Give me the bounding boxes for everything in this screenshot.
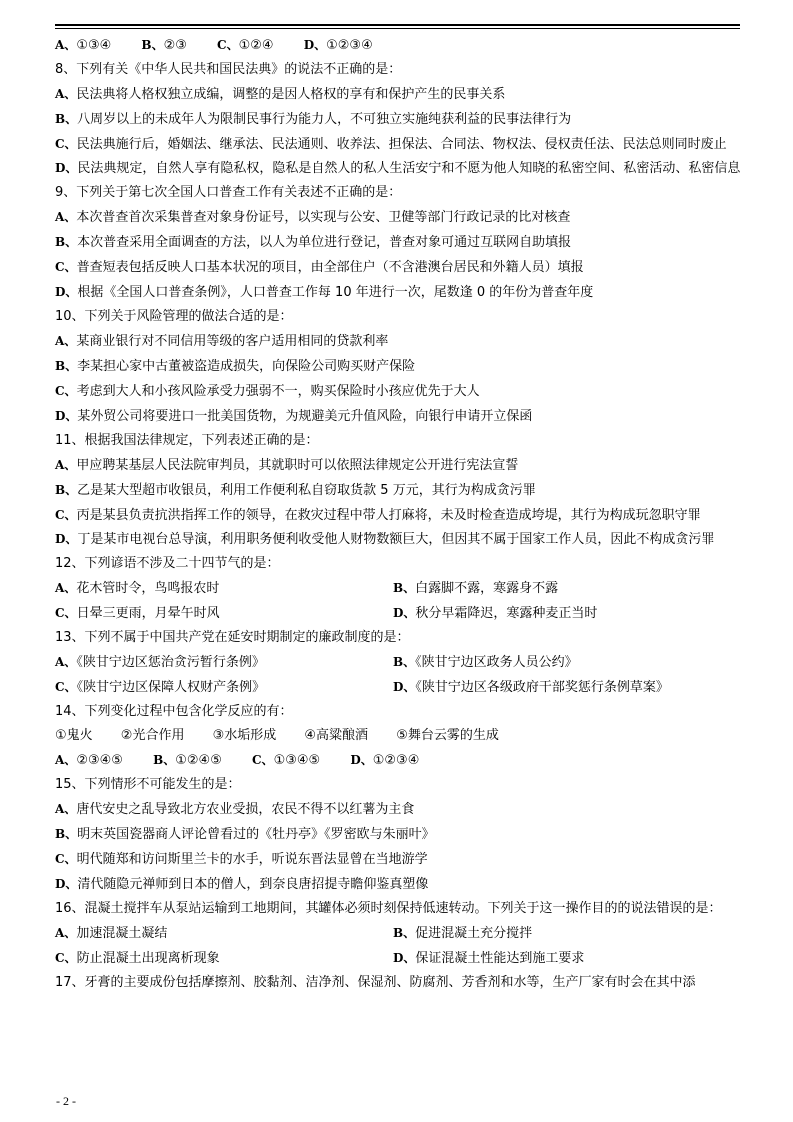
q14-option-c: C、①③④⑤ (252, 748, 320, 773)
q16-option-a: A、加速混凝土凝结 (55, 921, 393, 946)
q9-stem: 9、下列关于第七次全国人口普查工作有关表述不正确的是： (55, 181, 745, 205)
q12-option-b: B、白露脚不露，寒露身不露 (393, 576, 731, 601)
q14-item-3: ③水垢形成 (213, 724, 277, 748)
q9-option-a: A、本次普查首次采集普查对象身份证号，以实现与公安、卫健等部门行政记录的比对核查 (55, 205, 745, 230)
q14-item-2: ②光合作用 (121, 724, 185, 748)
q14-item-1: ①鬼火 (55, 724, 93, 748)
page-number: - 2 - (56, 1094, 76, 1109)
q8-option-c: C、民法典施行后，婚姻法、继承法、民法通则、收养法、担保法、合同法、物权法、侵权… (55, 133, 745, 156)
document-page: A、①③④ B、②③ C、①②④ D、①②③④ 8、下列有关《中华人民共和国民法… (0, 0, 793, 1122)
q16-option-b: B、促进混凝土充分搅拌 (393, 921, 731, 946)
q10-option-c: C、考虑到大人和小孩风险承受力强弱不一，购买保险时小孩应优先于大人 (55, 379, 745, 404)
q16-stem: 16、混凝土搅拌车从泵站运输到工地期间，其罐体必须时刻保持低速转动。下列关于这一… (55, 898, 745, 920)
q7-option-b: B、②③ (141, 33, 186, 58)
page-content: A、①③④ B、②③ C、①②④ D、①②③④ 8、下列有关《中华人民共和国民法… (55, 33, 745, 995)
q14-option-d: D、①②③④ (350, 748, 419, 773)
q8-option-d: D、民法典规定，自然人享有隐私权，隐私是自然人的私人生活安宁和不愿为他人知晓的私… (55, 157, 745, 180)
q13-option-b: B、《陕甘宁边区政务人员公约》 (393, 650, 731, 675)
q13-stem: 13、下列不属于中国共产党在延安时期制定的廉政制度的是： (55, 626, 745, 650)
q13-option-c: C、《陕甘宁边区保障人权财产条例》 (55, 675, 393, 700)
q7-option-d: D、①②③④ (304, 33, 373, 58)
q12-options-row-2: C、日晕三更雨，月晕午时风 D、秋分早霜降迟，寒露种麦正当时 (55, 601, 745, 626)
q14-options: A、②③④⑤ B、①②④⑤ C、①③④⑤ D、①②③④ (55, 748, 745, 773)
q13-option-a: A、《陕甘宁边区惩治贪污暂行条例》 (55, 650, 393, 675)
q14-stem: 14、下列变化过程中包含化学反应的有： (55, 700, 745, 724)
q11-option-c: C、丙是某县负责抗洪指挥工作的领导，在救灾过程中带人打麻将，未及时检查造成垮堤，… (55, 504, 745, 527)
q11-option-a: A、甲应聘某基层人民法院审判员，其就职时可以依照法律规定公开进行宪法宣誓 (55, 453, 745, 478)
q10-option-a: A、某商业银行对不同信用等级的客户适用相同的贷款利率 (55, 329, 745, 354)
q7-option-c: C、①②④ (217, 33, 274, 58)
q11-option-b: B、乙是某大型超市收银员，利用工作便利私自窃取货款 5 万元，其行为构成贪污罪 (55, 478, 745, 503)
header-double-rule (55, 24, 740, 29)
q14-option-a: A、②③④⑤ (55, 748, 123, 773)
q12-option-c: C、日晕三更雨，月晕午时风 (55, 601, 393, 626)
q17-stem: 17、牙膏的主要成份包括摩擦剂、胶黏剂、洁净剂、保湿剂、防腐剂、芳香剂和水等，生… (55, 971, 745, 995)
q16-option-d: D、保证混凝土性能达到施工要求 (393, 946, 731, 971)
q9-option-d: D、根据《全国人口普查条例》，人口普查工作每 10 年进行一次，尾数逢 0 的年… (55, 280, 745, 305)
q16-option-c: C、防止混凝土出现离析现象 (55, 946, 393, 971)
q8-option-a: A、民法典将人格权独立成编，调整的是因人格权的享有和保护产生的民事关系 (55, 82, 745, 107)
q11-option-d: D、丁是某市电视台总导演，利用职务便利收受他人财物数额巨大，但因其不属于国家工作… (55, 528, 745, 551)
q9-option-c: C、普查短表包括反映人口基本状况的项目，由全部住户（不含港澳台居民和外籍人员）填… (55, 255, 745, 280)
q7-options: A、①③④ B、②③ C、①②④ D、①②③④ (55, 33, 745, 58)
q8-option-b: B、八周岁以上的未成年人为限制民事行为能力人，不可独立实施纯获利益的民事法律行为 (55, 107, 745, 132)
q14-option-b: B、①②④⑤ (153, 748, 222, 773)
q10-option-d: D、某外贸公司将要进口一批美国货物，为规避美元升值风险，向银行申请开立保函 (55, 404, 745, 429)
q14-items: ①鬼火 ②光合作用 ③水垢形成 ④高粱酿酒 ⑤舞台云雾的生成 (55, 724, 745, 748)
q8-stem: 8、下列有关《中华人民共和国民法典》的说法不正确的是： (55, 58, 745, 82)
q7-option-a: A、①③④ (55, 33, 111, 58)
q15-option-b: B、明末英国瓷器商人评论曾看过的《牡丹亭》《罗密欧与朱丽叶》 (55, 822, 745, 847)
q13-options-row-2: C、《陕甘宁边区保障人权财产条例》 D、《陕甘宁边区各级政府干部奖惩行条例草案》 (55, 675, 745, 700)
q15-option-c: C、明代随郑和访问斯里兰卡的水手，听说东晋法显曾在当地游学 (55, 847, 745, 872)
q13-option-d: D、《陕甘宁边区各级政府干部奖惩行条例草案》 (393, 675, 731, 700)
q16-options-row-1: A、加速混凝土凝结 B、促进混凝土充分搅拌 (55, 921, 745, 946)
q12-stem: 12、下列谚语不涉及二十四节气的是： (55, 552, 745, 576)
q15-option-d: D、清代随隐元禅师到日本的僧人，到奈良唐招提寺瞻仰鉴真塑像 (55, 872, 745, 897)
q14-item-4: ④高粱酿酒 (304, 724, 368, 748)
q16-options-row-2: C、防止混凝土出现离析现象 D、保证混凝土性能达到施工要求 (55, 946, 745, 971)
q10-option-b: B、李某担心家中古董被盗造成损失，向保险公司购买财产保险 (55, 354, 745, 379)
q11-stem: 11、根据我国法律规定，下列表述正确的是： (55, 429, 745, 453)
q12-option-a: A、花木管时令，鸟鸣报农时 (55, 576, 393, 601)
q15-stem: 15、下列情形不可能发生的是： (55, 773, 745, 797)
q12-options-row-1: A、花木管时令，鸟鸣报农时 B、白露脚不露，寒露身不露 (55, 576, 745, 601)
q12-option-d: D、秋分早霜降迟，寒露种麦正当时 (393, 601, 731, 626)
q10-stem: 10、下列关于风险管理的做法合适的是： (55, 305, 745, 329)
q14-item-5: ⑤舞台云雾的生成 (396, 724, 499, 748)
q9-option-b: B、本次普查采用全面调查的方法，以人为单位进行登记，普查对象可通过互联网自助填报 (55, 230, 745, 255)
q13-options-row-1: A、《陕甘宁边区惩治贪污暂行条例》 B、《陕甘宁边区政务人员公约》 (55, 650, 745, 675)
q15-option-a: A、唐代安史之乱导致北方农业受损，农民不得不以红薯为主食 (55, 797, 745, 822)
